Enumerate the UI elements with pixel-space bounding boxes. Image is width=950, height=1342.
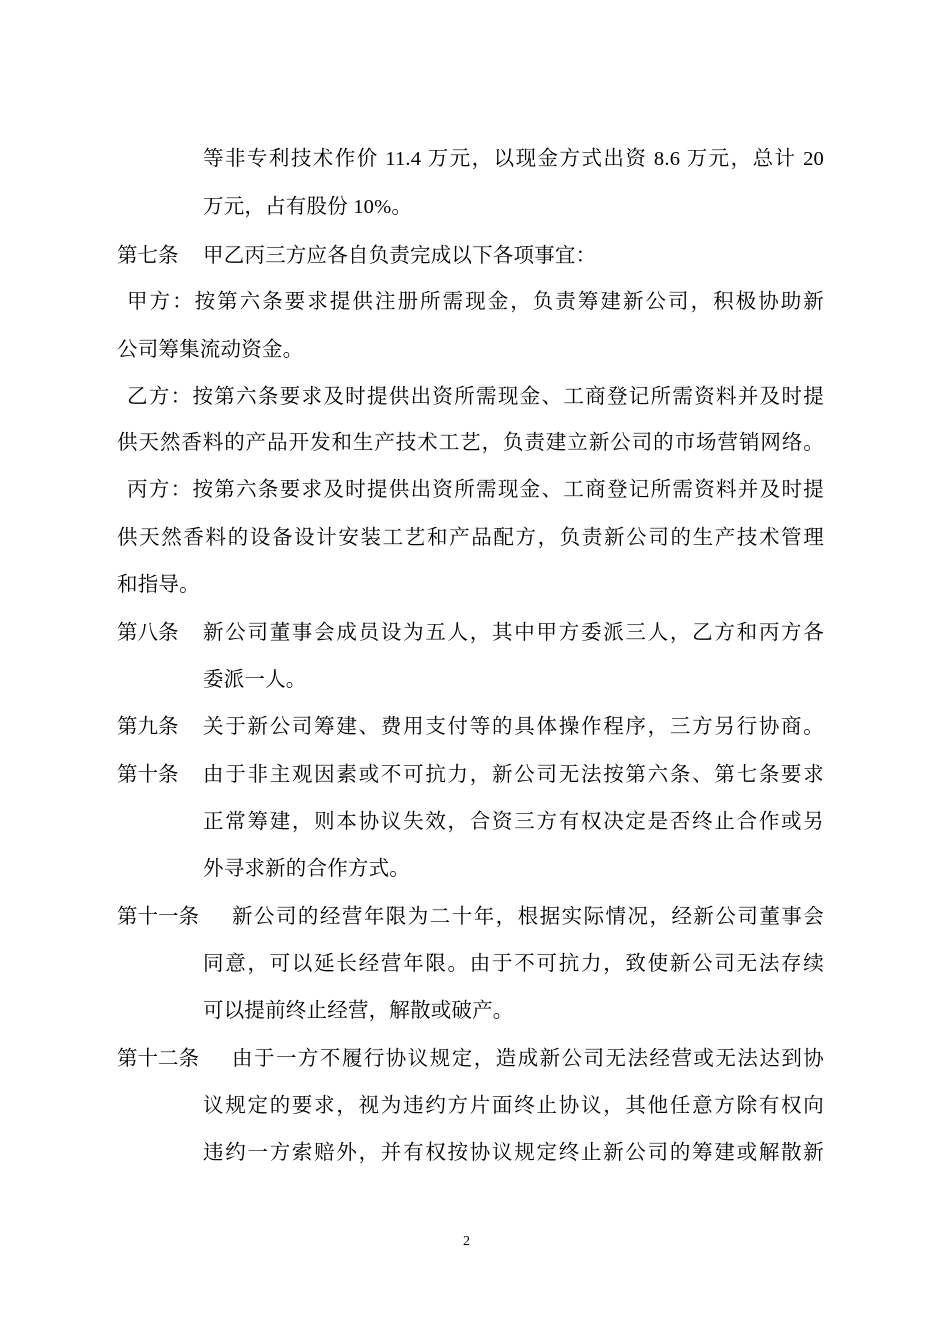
article-label-12: 第十二条: [117, 1045, 199, 1073]
article-12-text: 由于一方不履行协议规定，造成新公司无法经营或无法达到协: [232, 1045, 824, 1073]
party-a-duty-cont: 公司筹集流动资金。: [117, 336, 303, 364]
party-a-duty: 甲方：按第六条要求提供注册所需现金，负责筹建新公司，积极协助新: [127, 288, 824, 316]
article-10-text-cont: 外寻求新的合作方式。: [203, 855, 410, 883]
article-label-9: 第九条: [117, 713, 179, 741]
party-c-duty-cont: 供天然香料的设备设计安装工艺和产品配方，负责新公司的生产技术管理: [117, 524, 824, 552]
party-c-duty: 丙方：按第六条要求及时提供出资所需现金、工商登记所需资料并及时提: [127, 476, 824, 504]
party-b-duty: 乙方：按第六条要求及时提供出资所需现金、工商登记所需资料并及时提: [127, 383, 824, 411]
article-12-text-cont: 议规定的要求，视为违约方片面终止协议，其他任意方除有权向: [203, 1092, 824, 1120]
article-label-10: 第十条: [117, 761, 179, 789]
page-number: 2: [463, 1233, 470, 1251]
article-label-8: 第八条: [117, 619, 179, 647]
article-11-text-cont: 可以提前终止经营，解散或破产。: [203, 997, 514, 1025]
article-10-text-cont: 正常筹建，则本协议失效，合资三方有权决定是否终止合作或另: [203, 808, 824, 836]
body-line: 等非专利技术作价 11.4 万元，以现金方式出资 8.6 万元，总计 20: [203, 145, 824, 173]
document-page: 等非专利技术作价 11.4 万元，以现金方式出资 8.6 万元，总计 20 万元…: [0, 0, 950, 1342]
article-label-7: 第七条: [117, 242, 179, 270]
body-line: 万元，占有股份 10%。: [203, 193, 412, 221]
party-c-duty-cont: 和指导。: [117, 571, 200, 599]
article-11-text-cont: 同意，可以延长经营年限。由于不可抗力，致使新公司无法存续: [203, 950, 824, 978]
article-11-text: 新公司的经营年限为二十年，根据实际情况，经新公司董事会: [232, 903, 824, 931]
article-12-text-cont: 违约一方索赔外，并有权按协议规定终止新公司的筹建或解散新: [203, 1139, 824, 1167]
article-label-11: 第十一条: [117, 903, 199, 931]
article-8-text-cont: 委派一人。: [203, 666, 307, 694]
party-b-duty-cont: 供天然香料的产品开发和生产技术工艺，负责建立新公司的市场营销网络。: [117, 429, 824, 457]
article-9-text: 关于新公司筹建、费用支付等的具体操作程序，三方另行协商。: [203, 713, 824, 741]
article-10-text: 由于非主观因素或不可抗力，新公司无法按第六条、第七条要求: [203, 761, 824, 789]
article-8-text: 新公司董事会成员设为五人，其中甲方委派三人，乙方和丙方各: [203, 619, 824, 647]
article-7-text: 甲乙丙三方应各自负责完成以下各项事宜：: [203, 242, 596, 270]
